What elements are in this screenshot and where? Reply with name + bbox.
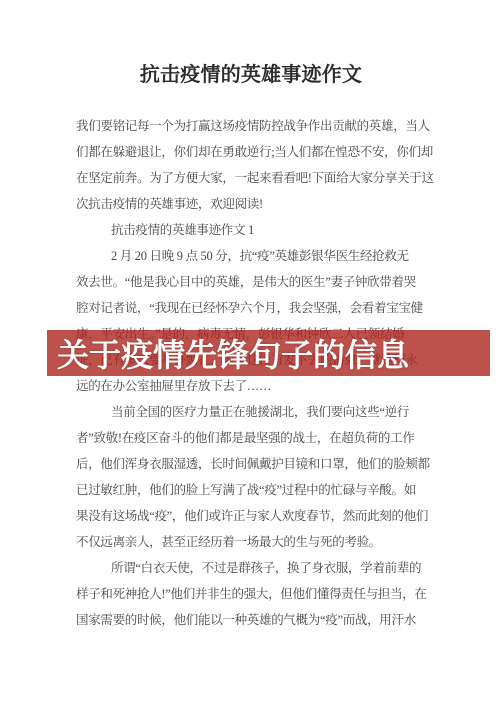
text-line: 国家需要的时候，他们能以一种英雄的气概为“疫”而战，用汗水 (76, 607, 428, 633)
page-title: 抗击疫情的英雄事迹作文 (74, 58, 428, 87)
text-line: 者”致敬!在疫区奋斗的他们都是最坚强的战士，在超负荷的工作 (76, 425, 428, 451)
text-line: 当前全国的医疗力量正在驰援湖北，我们要向这些“逆行 (76, 399, 428, 425)
text-line: 次抗击疫情的英雄事迹，欢迎阅读! (76, 191, 428, 217)
text-line: 后，他们浑身衣服湿透，长时间佩戴护目镜和口罩，他们的脸颊都 (76, 451, 428, 477)
watermark-text: 关于疫情先锋句子的信息 (57, 330, 409, 376)
paragraph-medics: 当前全国的医疗力量正在驰援湖北，我们要向这些“逆行 者”致敬!在疫区奋斗的他们都… (76, 399, 428, 555)
text-line: 远的在办公室抽屉里存放下去了…… (76, 373, 428, 399)
text-line: 所谓“白衣天使，不过是群孩子，换了身衣服，学着前辈的 (76, 555, 428, 581)
text-line: 们都在躲避退让，你们却在勇敢逆行;当人们都在惶恐不安，你们却 (76, 139, 428, 165)
text-line: 腔对记者说，“我现在已经怀孕六个月，我会坚强，会看着宝宝健 (76, 295, 428, 321)
document-page: 抗击疫情的英雄事迹作文 我们要铭记每一个为打赢这场疫情防控战争作出贡献的英雄，当… (0, 0, 500, 706)
paragraph-subtitle: 抗击疫情的英雄事迹作文 1 (76, 217, 428, 243)
text-line: 果没有这场战“疫”，他们或许正与家人欢度春节，然而此刻的他们 (76, 503, 428, 529)
paragraph-intro: 我们要铭记每一个为打赢这场疫情防控战争作出贡献的英雄，当人 们都在躲避退让，你们… (76, 113, 428, 217)
text-line: 2 月 20 日晚 9 点 50 分，抗“疫”英雄彭银华医生经抢救无 (76, 243, 428, 269)
text-line: 效去世。“他是我心目中的英雄，是伟大的医生”妻子钟欣带着哭 (76, 269, 428, 295)
text-line: 在坚定前奔。为了方便大家，一起来看看吧!下面给大家分享关于这 (76, 165, 428, 191)
text-line: 我们要铭记每一个为打赢这场疫情防控战争作出贡献的英雄，当人 (76, 113, 428, 139)
paragraph-angels: 所谓“白衣天使，不过是群孩子，换了身衣服，学着前辈的 样子和死神抢人!”他们并非… (76, 555, 428, 633)
section-subtitle: 抗击疫情的英雄事迹作文 1 (76, 217, 428, 243)
text-line: 不仅远离亲人，甚至正经历着一场最大的生与死的考验。 (76, 529, 428, 555)
watermark-banner: 关于疫情先锋句子的信息 (47, 330, 490, 376)
text-line: 已过敏红肿，他们的脸上写满了战“疫”过程中的忙碌与辛酸。如 (76, 477, 428, 503)
text-line: 样子和死神抢人!”他们并非生的强大，但他们懂得责任与担当，在 (76, 581, 428, 607)
